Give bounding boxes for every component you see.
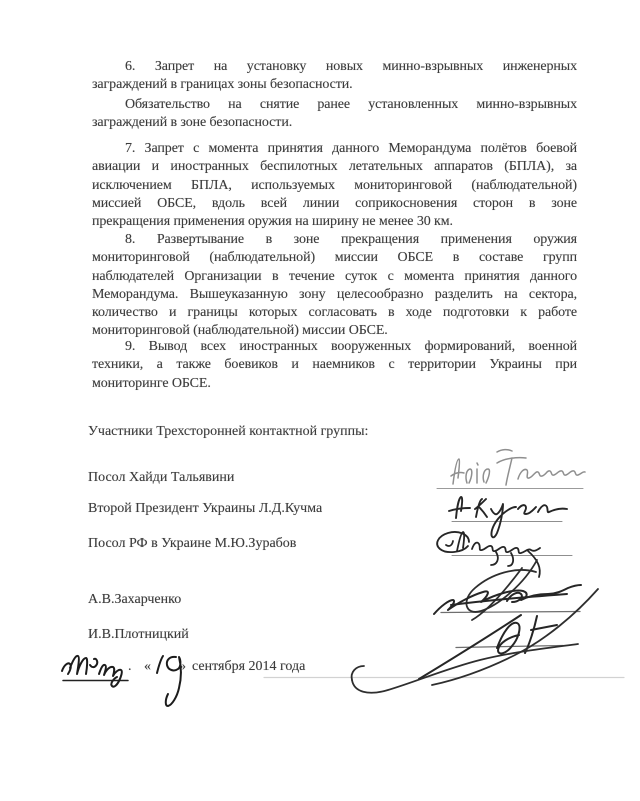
date-period: .	[128, 658, 132, 676]
signature-zurabov	[437, 532, 540, 577]
text-line: количество и границы которых согласовать…	[92, 304, 577, 322]
paragraph-6b: Обязательство на снятие ранее установлен…	[92, 96, 577, 133]
text-line: техники, а также боевиков и наемников с …	[92, 356, 577, 374]
text-line: 9. Вывод всех иностранных вооруженных фо…	[92, 338, 577, 356]
text-line: 8. Развертывание в зоне прекращения прим…	[92, 231, 577, 249]
text-line: Обязательство на снятие ранее установлен…	[92, 96, 577, 114]
scanned-document-page: 6. Запрет на установку новых минно-взрыв…	[0, 0, 640, 801]
text-line: 7. Запрет с момента принятия данного Мем…	[92, 140, 577, 158]
date-close-quote: »	[179, 658, 186, 676]
participants-heading: Участники Трехсторонней контактной групп…	[88, 423, 368, 441]
signatory-label-kuchma: Второй Президент Украины Л.Д.Кучма	[88, 500, 322, 518]
handwritten-day	[157, 656, 181, 706]
signature-tagliavini	[451, 450, 585, 485]
text-line: исключением БПЛА, используемых мониторин…	[92, 177, 577, 195]
text-line: 6. Запрет на установку новых минно-взрыв…	[92, 58, 577, 76]
text-line: мониторинге ОБСЕ.	[92, 375, 577, 393]
text-line: заграждений в зоне безопасности.	[92, 114, 577, 132]
text-line: прекращения применения оружия на ширину …	[92, 213, 577, 231]
signature-zakharchenko	[434, 585, 581, 614]
paragraph-9: 9. Вывод всех иностранных вооруженных фо…	[92, 338, 577, 393]
signatory-label-zakharchenko: А.В.Захарченко	[88, 591, 181, 609]
signature-kuchma	[449, 497, 567, 537]
paragraph-6: 6. Запрет на установку новых минно-взрыв…	[92, 58, 577, 95]
text-line: авиации и иностранных беспилотных летате…	[92, 158, 577, 176]
text-line: мониторинговой (наблюдательной) миссии О…	[92, 249, 577, 267]
signatory-label-tagliavini: Посол Хайди Тальявини	[88, 469, 234, 487]
text-line: наблюдателей Организации в течение суток…	[92, 268, 577, 286]
handwritten-place	[62, 656, 122, 687]
paragraph-7: 7. Запрет с момента принятия данного Мем…	[92, 140, 577, 231]
signatory-label-zurabov: Посол РФ в Украине М.Ю.Зурабов	[88, 535, 296, 553]
signatory-label-plotnitsky: И.В.Плотницкий	[88, 626, 189, 644]
text-line: Меморандума. Вышеуказанную зону целесооб…	[92, 286, 577, 304]
signature-plotnitsky	[419, 615, 557, 679]
date-text: сентября 2014 года	[192, 658, 305, 676]
text-line: заграждений в границах зоны безопасности…	[92, 76, 577, 94]
date-open-quote: «	[144, 658, 151, 676]
paragraph-8: 8. Развертывание в зоне прекращения прим…	[92, 231, 577, 341]
signature-line-plotnitsky	[456, 646, 563, 648]
text-line: миссией ОБСЕ, вдоль всей линии соприкосн…	[92, 195, 577, 213]
signature-line-zakharchenko	[441, 612, 580, 613]
signature-bottom-flourish	[352, 589, 598, 693]
signature-flourish-loops	[466, 560, 537, 620]
